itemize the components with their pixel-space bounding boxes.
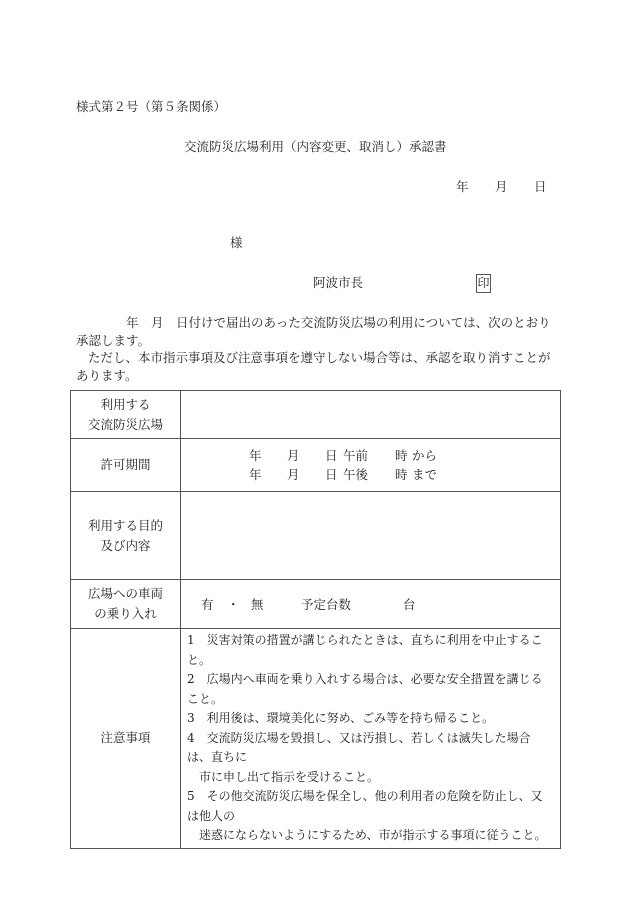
option-separator: ・ <box>227 595 251 613</box>
note-item: 2 広場内へ車両を乗り入れする場合は、必要な安全措置を講じること。 <box>187 670 554 709</box>
label-line: 及び内容 <box>71 536 180 556</box>
option-yes[interactable]: 有 <box>201 595 227 613</box>
period-from: 年月日午前時から <box>249 446 560 465</box>
planned-count-label: 予定台数 <box>301 595 403 613</box>
notes-list: 1 災害対策の措置が講じられたときは、直ちに利用を中止すること。 2 広場内へ車… <box>181 629 561 849</box>
para2-line2: あります。 <box>76 367 560 385</box>
addressee-suffix: 様 <box>230 237 243 250</box>
period-to: 年月日午後時まで <box>249 465 560 484</box>
body-text: 年 月 日付けで届出のあった交流防災広場の利用については、次のとおり 承認します… <box>76 314 560 384</box>
note-item: 1 災害対策の措置が講じられたときは、直ちに利用を中止すること。 <box>187 631 554 670</box>
from-year: 年 <box>249 446 287 465</box>
document-title: 交流防災広場利用（内容変更、取消し）承認書 <box>184 141 447 154</box>
note-item: 4 交流防災広場を毀損し、又は汚損し、若しくは滅失した場合は、直ちに <box>187 729 554 768</box>
value-vehicles[interactable]: 有・無予定台数台 <box>181 580 561 629</box>
date-day: 日 <box>534 181 547 194</box>
to-month: 月 <box>287 465 325 484</box>
count-unit: 台 <box>403 595 416 613</box>
from-suffix: から <box>412 446 437 465</box>
from-ampm: 午前 <box>343 446 395 465</box>
label-line: 利用する <box>71 395 180 415</box>
from-day: 日 <box>325 446 343 465</box>
table-row-purpose: 利用する目的 及び内容 <box>71 492 561 580</box>
para2-line1: ただし、本市指示事項及び注意事項を遵守しない場合等は、承認を取り消すことが <box>76 349 560 367</box>
to-ampm: 午後 <box>343 465 395 484</box>
label-line: 交流防災広場 <box>71 415 180 435</box>
label-line: 利用する目的 <box>71 516 180 536</box>
value-period[interactable]: 年月日午前時から 年月日午後時まで <box>181 439 561 492</box>
to-suffix: まで <box>412 465 437 484</box>
from-hour: 時 <box>395 446 412 465</box>
form-number: 様式第２号（第５条関係） <box>76 101 226 114</box>
value-plaza[interactable] <box>181 391 561 439</box>
seal-mark: 印 <box>476 274 491 293</box>
date-year: 年 <box>456 181 469 194</box>
table-row-vehicles: 広場への車両 の乗り入れ 有・無予定台数台 <box>71 580 561 629</box>
value-purpose[interactable] <box>181 492 561 580</box>
to-year: 年 <box>249 465 287 484</box>
note-item: 3 利用後は、環境美化に努め、ごみ等を持ち帰ること。 <box>187 709 554 729</box>
label-line: 広場への車両 <box>71 584 180 604</box>
to-day: 日 <box>325 465 343 484</box>
para1-line1: 年 月 日付けで届出のあった交流防災広場の利用については、次のとおり <box>76 314 560 332</box>
note-item-continuation: 迷惑にならないようにするため、市が指示する事項に従うこと。 <box>187 826 554 846</box>
option-no[interactable]: 無 <box>251 595 301 613</box>
table-row-period: 許可期間 年月日午前時から 年月日午後時まで <box>71 439 561 492</box>
label-vehicles: 広場への車両 の乗り入れ <box>71 580 181 629</box>
para1-line2: 承認します。 <box>76 332 560 350</box>
approval-table: 利用する 交流防災広場 許可期間 年月日午前時から 年月日午後時まで 利用する目… <box>70 390 561 849</box>
label-line: の乗り入れ <box>71 604 180 624</box>
issuer: 阿波市長 <box>313 277 363 290</box>
table-row-notes: 注意事項 1 災害対策の措置が講じられたときは、直ちに利用を中止すること。 2 … <box>71 629 561 849</box>
table-row-plaza: 利用する 交流防災広場 <box>71 391 561 439</box>
to-hour: 時 <box>395 465 412 484</box>
label-notes: 注意事項 <box>71 629 181 849</box>
note-item: 5 その他交流防災広場を保全し、他の利用者の危険を防止し、又は他人の <box>187 787 554 826</box>
date-month: 月 <box>495 181 508 194</box>
from-month: 月 <box>287 446 325 465</box>
label-plaza: 利用する 交流防災広場 <box>71 391 181 439</box>
label-period: 許可期間 <box>71 439 181 492</box>
note-item-continuation: 市に申し出て指示を受けること。 <box>187 768 554 788</box>
label-purpose: 利用する目的 及び内容 <box>71 492 181 580</box>
